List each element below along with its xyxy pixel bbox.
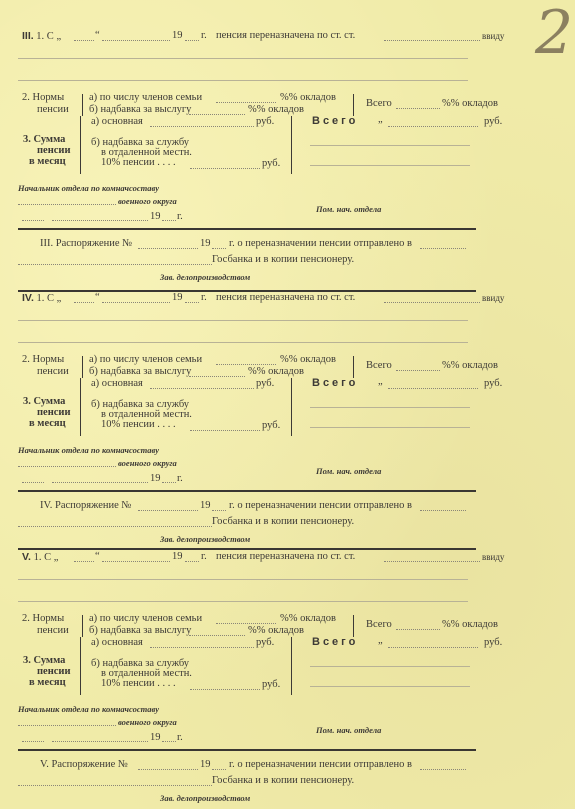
reason-line-1[interactable] (18, 579, 468, 580)
section-divider (18, 749, 476, 751)
section-roman: IV. 1. С „ (22, 292, 61, 304)
order-text-2: г. о переназначении пенсии отправлено в (229, 759, 412, 770)
sum-b-field[interactable] (190, 689, 260, 690)
norms-a-unit: %% окладов (280, 613, 336, 624)
sign-year-suffix: г. (177, 473, 183, 484)
sum-total-unit: руб. (484, 116, 502, 127)
sum-total-unit: руб. (484, 378, 502, 389)
sign-year-prefix: 19 (150, 732, 161, 743)
norms-a: а) по числу членов семьи (89, 613, 202, 624)
norms-b: б) надбавка за выслугу (89, 104, 191, 115)
sum-a: а) основная (91, 116, 143, 127)
order-bank-field[interactable] (420, 510, 466, 511)
norms-brace-left (82, 94, 83, 116)
year-field[interactable] (185, 40, 199, 41)
sum-label-2: пенсии (37, 145, 71, 156)
sum-total-quote: „ (378, 635, 383, 646)
section-divider (18, 490, 476, 492)
order-text-3: Госбанка и в копии пенсионеру. (212, 516, 354, 527)
quote-close: “ (95, 292, 100, 303)
norms-b-field[interactable] (189, 114, 245, 115)
date-day-field[interactable] (74, 40, 94, 41)
district-field[interactable] (18, 725, 116, 726)
norms-label-1: 2. Нормы (22, 92, 64, 103)
norms-b-field[interactable] (189, 376, 245, 377)
section-roman: III. 1. С „ (22, 30, 61, 42)
sum-b-field[interactable] (190, 168, 260, 169)
sum-brace-right (291, 637, 292, 695)
norms-total-field[interactable] (396, 370, 440, 371)
sum-a-unit: руб. (256, 378, 274, 389)
sum-label-3: в месяц (29, 677, 66, 688)
sum-total-line-2[interactable] (310, 427, 470, 428)
articles-field[interactable] (384, 561, 480, 562)
sum-total-field[interactable] (388, 126, 478, 127)
norms-label-1: 2. Нормы (22, 613, 64, 624)
order-bank-field-2[interactable] (18, 264, 212, 265)
norms-b-field[interactable] (189, 635, 245, 636)
order-number-field[interactable] (138, 769, 198, 770)
sign-month-field[interactable] (52, 220, 148, 221)
order-year-field[interactable] (212, 769, 226, 770)
sum-a-unit: руб. (256, 116, 274, 127)
chief-title: Начальник отдела по комначсоставу (18, 704, 159, 714)
assistant-title: Пом. нач. отдела (316, 204, 381, 214)
order-signer: Зав. делопроизводством (160, 534, 250, 544)
norms-a-field[interactable] (216, 102, 276, 103)
header-text: пенсия переназначена по ст. ст. (216, 292, 355, 303)
sum-b-field[interactable] (190, 430, 260, 431)
date-month-field[interactable] (102, 561, 170, 562)
norms-label-2: пенсии (37, 625, 69, 636)
district-field[interactable] (18, 204, 116, 205)
year-prefix: 19 (172, 551, 183, 562)
sum-a: а) основная (91, 637, 143, 648)
assistant-title: Пом. нач. отдела (316, 725, 381, 735)
order-divider (18, 290, 476, 292)
sign-day-field[interactable] (22, 220, 44, 221)
norms-total-field[interactable] (396, 108, 440, 109)
date-month-field[interactable] (102, 302, 170, 303)
articles-field[interactable] (384, 302, 480, 303)
sum-total-line-2[interactable] (310, 165, 470, 166)
year-field[interactable] (185, 302, 199, 303)
norms-a-unit: %% окладов (280, 92, 336, 103)
reason-line-2[interactable] (18, 342, 468, 343)
sign-year-prefix: 19 (150, 473, 161, 484)
assistant-title: Пом. нач. отдела (316, 466, 381, 476)
reason-line-2[interactable] (18, 601, 468, 602)
sum-label-1: 3. Сумма (23, 396, 65, 407)
section-roman: V. 1. С „ (22, 551, 58, 563)
year-field[interactable] (185, 561, 199, 562)
sum-total-field[interactable] (388, 388, 478, 389)
order-text-1: IV. Распоряжение № (40, 500, 131, 511)
sum-label-3: в месяц (29, 156, 66, 167)
norms-a-field[interactable] (216, 623, 276, 624)
district-label: военного округа (118, 458, 177, 468)
sign-year-prefix: 19 (150, 211, 161, 222)
sum-total-label: Всего (312, 636, 358, 648)
sign-month-field[interactable] (52, 482, 148, 483)
norms-b-unit: %% окладов (248, 366, 304, 377)
sum-total-unit: руб. (484, 637, 502, 648)
order-text-2: г. о переназначении пенсии отправлено в (229, 500, 412, 511)
section-divider (18, 228, 476, 230)
order-number-field[interactable] (138, 248, 198, 249)
norms-brace-right (353, 94, 354, 116)
norms-label-2: пенсии (37, 104, 69, 115)
sum-brace-left (80, 637, 81, 695)
date-month-field[interactable] (102, 40, 170, 41)
order-year-prefix: 19 (200, 238, 211, 249)
norms-a: а) по числу членов семьи (89, 354, 202, 365)
year-prefix: 19 (172, 292, 183, 303)
date-day-field[interactable] (74, 561, 94, 562)
sum-total-quote: „ (378, 376, 383, 387)
sum-b-unit: руб. (262, 420, 280, 431)
chief-title: Начальник отдела по комначсоставу (18, 445, 159, 455)
sign-year-field[interactable] (162, 482, 176, 483)
sum-total-line-2[interactable] (310, 686, 470, 687)
header-end: ввиду (482, 552, 504, 562)
norms-brace-right (353, 356, 354, 378)
norms-total-label: Всего (366, 98, 392, 109)
order-text-1: V. Распоряжение № (40, 759, 128, 770)
order-signer: Зав. делопроизводством (160, 272, 250, 282)
order-bank-field-2[interactable] (18, 526, 212, 527)
norms-total-unit: %% окладов (442, 619, 498, 630)
sign-year-field[interactable] (162, 741, 176, 742)
sum-a-field[interactable] (150, 647, 254, 648)
norms-total-unit: %% окладов (442, 98, 498, 109)
order-bank-field[interactable] (420, 248, 466, 249)
sum-label-3: в месяц (29, 418, 66, 429)
sum-b-3: 10% пенсии . . . . (101, 678, 176, 689)
date-day-field[interactable] (74, 302, 94, 303)
order-text-1: III. Распоряжение № (40, 238, 132, 249)
header-end: ввиду (482, 31, 504, 41)
quote-close: “ (95, 551, 100, 562)
reason-line-1[interactable] (18, 58, 468, 59)
sum-total-line-1[interactable] (310, 407, 470, 408)
sum-label-2: пенсии (37, 407, 71, 418)
sum-brace-left (80, 116, 81, 174)
sum-b-unit: руб. (262, 679, 280, 690)
norms-a-unit: %% окладов (280, 354, 336, 365)
articles-field[interactable] (384, 40, 480, 41)
norms-b: б) надбавка за выслугу (89, 625, 191, 636)
norms-b: б) надбавка за выслугу (89, 366, 191, 377)
norms-a: а) по числу членов семьи (89, 92, 202, 103)
header-end: ввиду (482, 293, 504, 303)
sign-year-suffix: г. (177, 211, 183, 222)
sum-total-label: Всего (312, 377, 358, 389)
sum-total-line-1[interactable] (310, 666, 470, 667)
order-number-field[interactable] (138, 510, 198, 511)
sum-b-3: 10% пенсии . . . . (101, 157, 176, 168)
norms-total-field[interactable] (396, 629, 440, 630)
year-prefix: 19 (172, 30, 183, 41)
sum-b-unit: руб. (262, 158, 280, 169)
order-signer: Зав. делопроизводством (160, 793, 250, 803)
reason-line-1[interactable] (18, 320, 468, 321)
sum-a: а) основная (91, 378, 143, 389)
order-divider (18, 548, 476, 550)
sign-day-field[interactable] (22, 741, 44, 742)
district-label: военного округа (118, 717, 177, 727)
district-label: военного округа (118, 196, 177, 206)
sum-label-1: 3. Сумма (23, 134, 65, 145)
handwritten-page-number: 2 (535, 0, 573, 68)
sign-month-field[interactable] (52, 741, 148, 742)
norms-total-unit: %% окладов (442, 360, 498, 371)
header-year-suffix: г. (201, 551, 207, 562)
sum-total-quote: „ (378, 114, 383, 125)
header-year-suffix: г. (201, 292, 207, 303)
norms-b-unit: %% окладов (248, 104, 304, 115)
norms-label-1: 2. Нормы (22, 354, 64, 365)
norms-brace-right (353, 615, 354, 637)
header-text: пенсия переназначена по ст. ст. (216, 30, 355, 41)
sum-brace-right (291, 378, 292, 436)
sign-year-field[interactable] (162, 220, 176, 221)
sum-total-field[interactable] (388, 647, 478, 648)
quote-close: “ (95, 30, 100, 41)
district-field[interactable] (18, 466, 116, 467)
sum-label-2: пенсии (37, 666, 71, 677)
sum-a-unit: руб. (256, 637, 274, 648)
header-text: пенсия переназначена по ст. ст. (216, 551, 355, 562)
order-bank-field-2[interactable] (18, 785, 212, 786)
norms-total-label: Всего (366, 619, 392, 630)
sum-label-1: 3. Сумма (23, 655, 65, 666)
sum-a-field[interactable] (150, 126, 254, 127)
norms-b-unit: %% окладов (248, 625, 304, 636)
order-bank-field[interactable] (420, 769, 466, 770)
sum-brace-left (80, 378, 81, 436)
order-text-3: Госбанка и в копии пенсионеру. (212, 254, 354, 265)
norms-a-field[interactable] (216, 364, 276, 365)
header-year-suffix: г. (201, 30, 207, 41)
order-year-field[interactable] (212, 248, 226, 249)
order-year-prefix: 19 (200, 500, 211, 511)
order-year-field[interactable] (212, 510, 226, 511)
sum-a-field[interactable] (150, 388, 254, 389)
chief-title: Начальник отдела по комначсоставу (18, 183, 159, 193)
norms-total-label: Всего (366, 360, 392, 371)
sum-b-3: 10% пенсии . . . . (101, 419, 176, 430)
norms-brace-left (82, 615, 83, 637)
sum-total-line-1[interactable] (310, 145, 470, 146)
sum-brace-right (291, 116, 292, 174)
reason-line-2[interactable] (18, 80, 468, 81)
norms-brace-left (82, 356, 83, 378)
sign-year-suffix: г. (177, 732, 183, 743)
sum-total-label: Всего (312, 115, 358, 127)
norms-label-2: пенсии (37, 366, 69, 377)
order-text-3: Госбанка и в копии пенсионеру. (212, 775, 354, 786)
sign-day-field[interactable] (22, 482, 44, 483)
order-year-prefix: 19 (200, 759, 211, 770)
order-text-2: г. о переназначении пенсии отправлено в (229, 238, 412, 249)
